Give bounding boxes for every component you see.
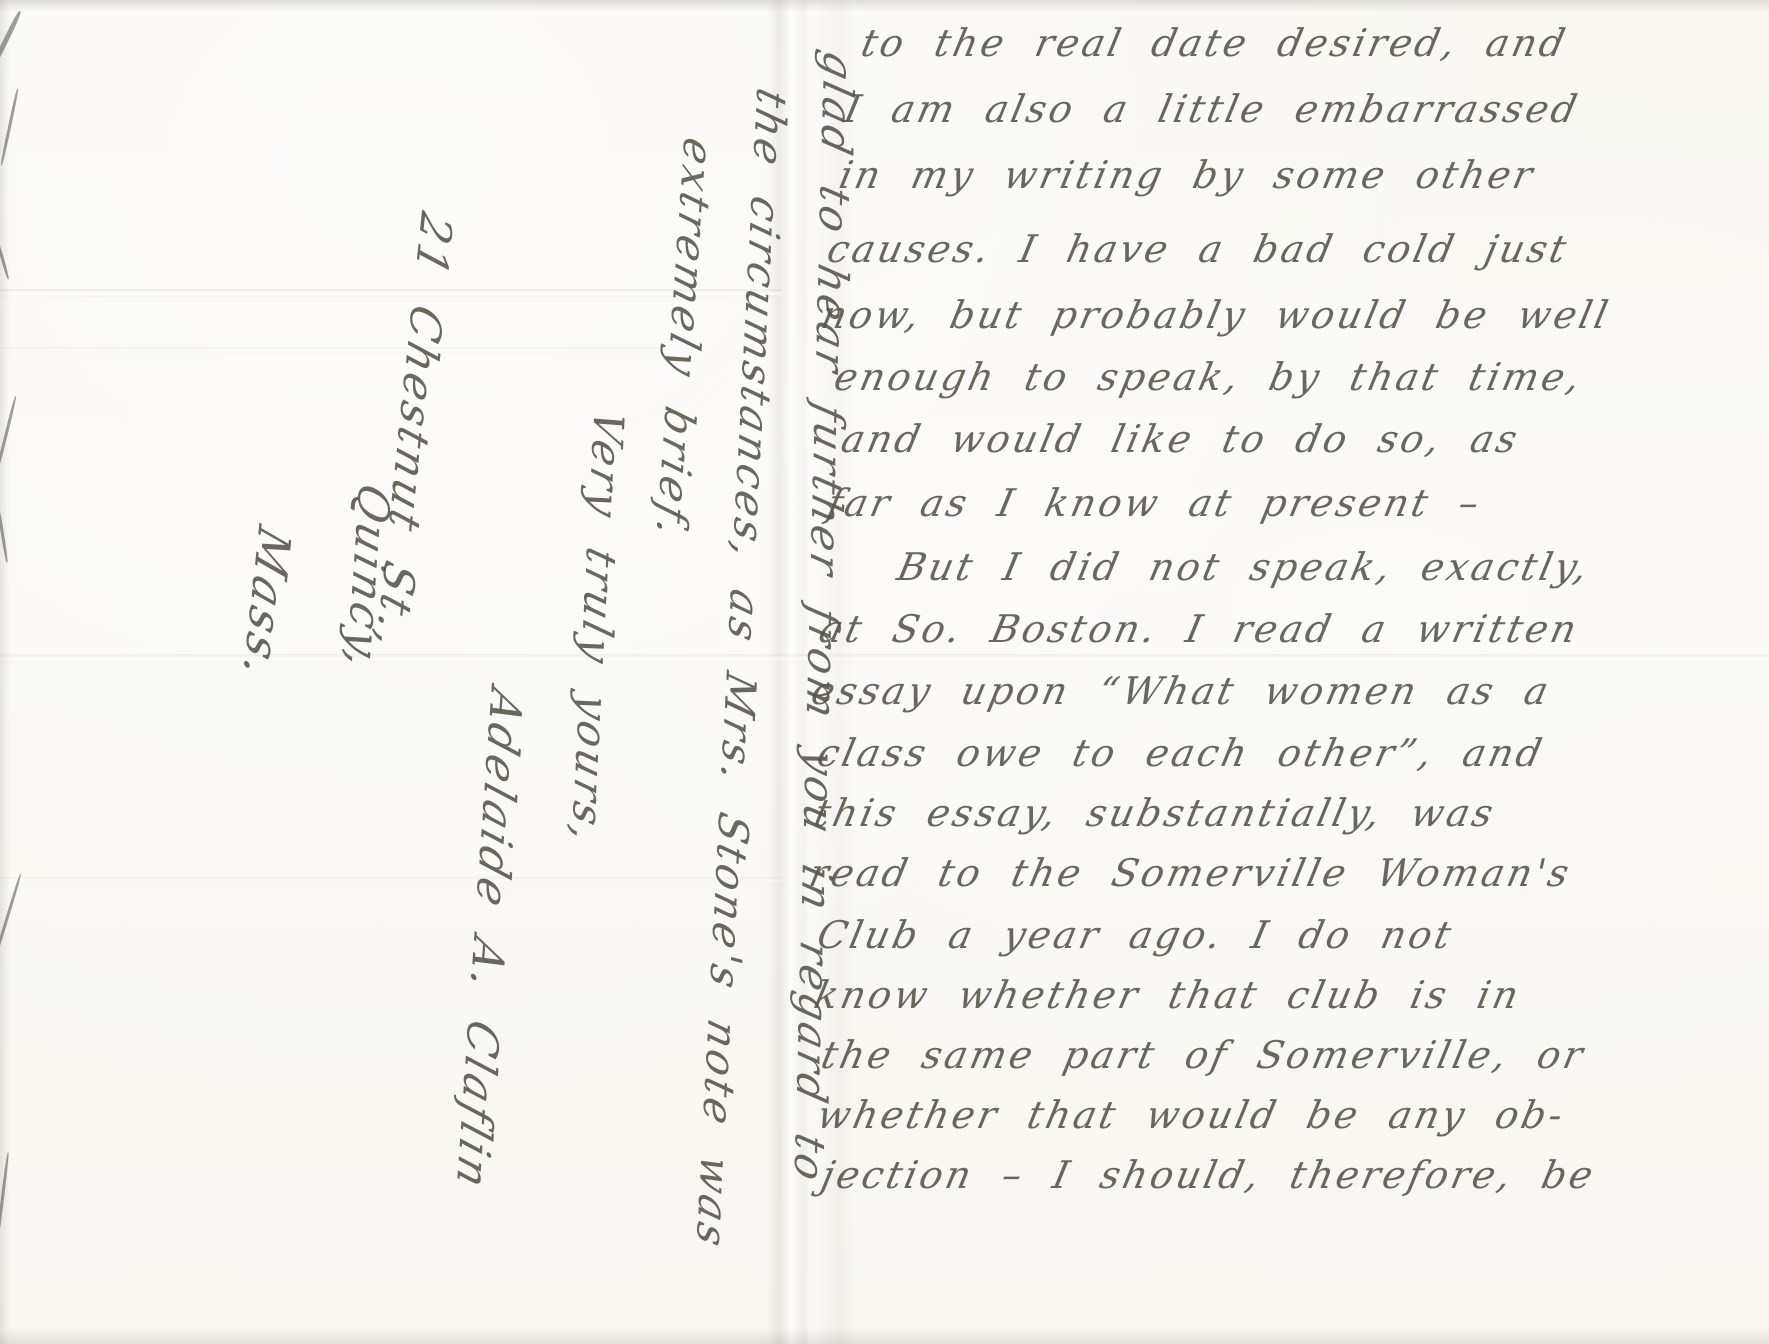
letter-line: jection – I should, therefore, be [817, 1154, 1599, 1198]
letter-line: the same part of Somerville, or [817, 1034, 1589, 1078]
letter-line: But I did not speak, exactly, [893, 546, 1594, 590]
letter-line: class owe to each other”, and [813, 732, 1548, 776]
letter-line: to the real date desired, and [857, 22, 1571, 66]
letter-line: causes. I have a bad cold just [823, 228, 1572, 272]
rotated-letter-line: extremely brief. [647, 132, 722, 545]
fold-crease-left-lower [0, 877, 782, 884]
letter-line: in my writing by some other [835, 154, 1539, 198]
letter-line: at So. Boston. I read a written [815, 608, 1583, 652]
address-line-state: Mass. [233, 519, 300, 688]
letter-line: enough to speak, by that time, [830, 356, 1587, 400]
scan-edge-shadow-left [0, 0, 10, 1344]
letter-line: read to the Somerville Woman's [805, 852, 1575, 896]
letter-line: far as I know at present – [823, 482, 1485, 526]
letter-sheet: glad to hear further from you in regard … [0, 0, 1769, 1344]
letter-line: Club a year ago. I do not [813, 914, 1457, 958]
letter-line: I am also a little embarrassed [840, 88, 1583, 132]
fold-crease-left-second [0, 347, 660, 353]
scan-edge-shadow-bottom [0, 1328, 1769, 1344]
letter-line: now, but probably would be well [817, 294, 1614, 338]
letter-line: this essay, substantially, was [810, 792, 1499, 836]
letter-line: whether that would be any ob- [813, 1094, 1569, 1138]
letter-line: and would like to do so, as [837, 418, 1523, 462]
letter-line: essay upon “What women as a [807, 670, 1555, 714]
signature: Adelaide A. Claflin [446, 682, 530, 1197]
scan-edge-shadow-top [0, 0, 1769, 12]
letter-line: know whether that club is in [810, 974, 1525, 1018]
closing-line: Very truly yours, [562, 405, 632, 850]
